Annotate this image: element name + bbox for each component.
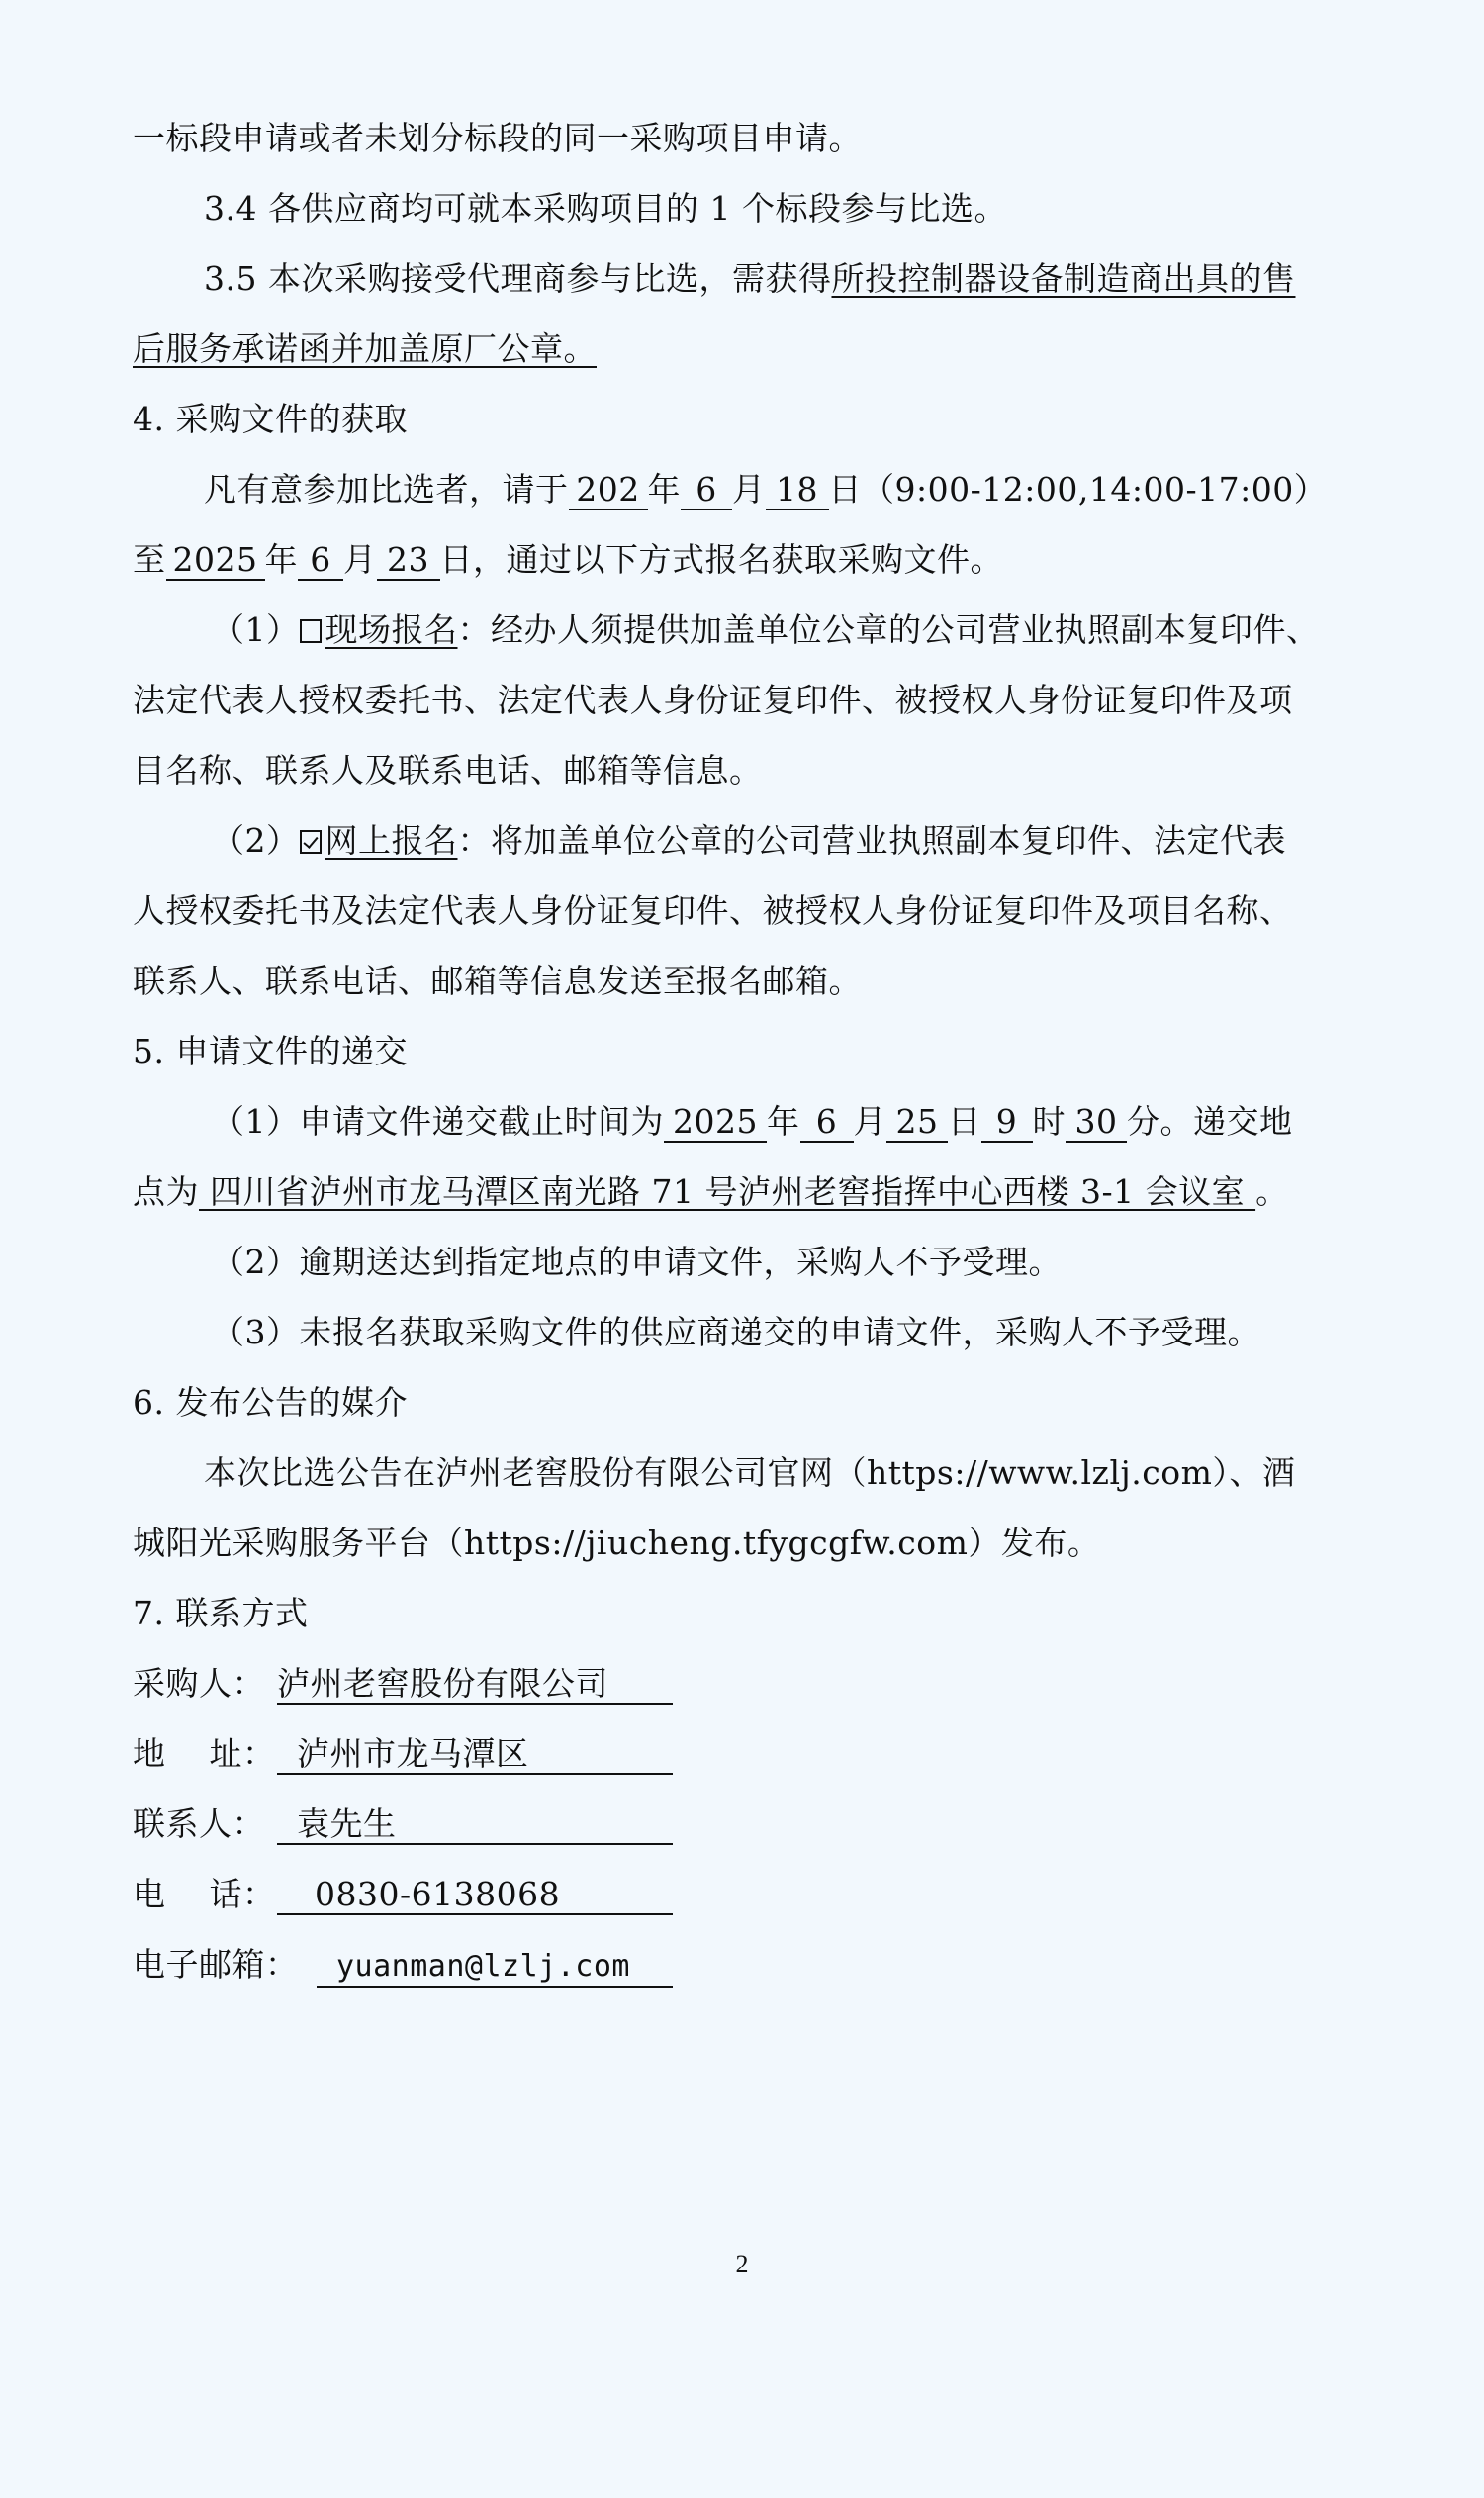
underlined-requirement: 后服务承诺函并加盖原厂公章。 bbox=[133, 329, 597, 368]
end-month-field: 6 bbox=[298, 541, 343, 581]
paragraph-line: 法定代表人授权委托书、法定代表人身份证复印件、被授权人身份证复印件及项 bbox=[133, 679, 1293, 722]
text: 时 bbox=[1033, 1102, 1067, 1141]
text: 月 bbox=[854, 1102, 887, 1141]
submission-address: 四川省泸州市龙马潭区南光路 71 号泸州老窖指挥中心西楼 3-1 会议室 bbox=[199, 1172, 1255, 1211]
email-label: 电子邮箱： bbox=[133, 1943, 317, 1987]
contact-phone: 电 话：0830-6138068 bbox=[133, 1873, 673, 1916]
online-registration-label: 网上报名 bbox=[325, 821, 458, 860]
page-number: 2 bbox=[736, 2250, 749, 2279]
text: 。 bbox=[1255, 1172, 1289, 1211]
text: （2）逾期送达到指定地点的申请文件，采购人不予受理。 bbox=[212, 1243, 1062, 1281]
text: 法定代表人授权委托书、法定代表人身份证复印件、被授权人身份证复印件及项 bbox=[133, 681, 1293, 719]
text: 月 bbox=[343, 540, 377, 579]
start-day-field: 18 bbox=[766, 471, 829, 510]
clause-3-5: 3.5 本次采购接受代理商参与比选，需获得所投控制器设备制造商出具的售 bbox=[204, 257, 1295, 301]
end-day-field: 23 bbox=[377, 541, 440, 581]
text: 分。递交地 bbox=[1127, 1102, 1293, 1141]
clause-3-5-continued: 后服务承诺函并加盖原厂公章。 bbox=[133, 327, 597, 371]
option-online-registration: （2）网上报名：将加盖单位公章的公司营业执照副本复印件、法定代表 bbox=[212, 819, 1286, 863]
section-heading-4: 4. 采购文件的获取 bbox=[133, 398, 408, 441]
contact-address: 地 址：泸州市龙马潭区 bbox=[133, 1732, 673, 1776]
submission-location-line: 点为 四川省泸州市龙马潭区南光路 71 号泸州老窖指挥中心西楼 3-1 会议室 … bbox=[133, 1170, 1289, 1214]
text: 3.4 各供应商均可就本采购项目的 1 个标段参与比选。 bbox=[204, 189, 1007, 228]
phone-label: 电 话： bbox=[133, 1873, 277, 1916]
unchecked-checkbox-icon bbox=[300, 619, 322, 643]
heading-text: 5. 申请文件的递交 bbox=[133, 1032, 408, 1070]
unregistered-submission-rule: （3）未报名获取采购文件的供应商递交的申请文件，采购人不予受理。 bbox=[212, 1311, 1260, 1354]
text: 年 bbox=[767, 1102, 800, 1141]
submission-deadline-line: （1）申请文件递交截止时间为2025年6月25日9时30分。递交地 bbox=[212, 1100, 1293, 1144]
text: （3）未报名获取采购文件的供应商递交的申请文件，采购人不予受理。 bbox=[212, 1313, 1260, 1351]
text: ：将加盖单位公章的公司营业执照副本复印件、法定代表 bbox=[458, 821, 1287, 860]
paragraph-line: 一标段申请或者未划分标段的同一采购项目申请。 bbox=[133, 117, 862, 160]
text: 本次比选公告在泸州老窖股份有限公司官网（https://www.lzlj.com… bbox=[204, 1453, 1295, 1492]
section-heading-6: 6. 发布公告的媒介 bbox=[133, 1381, 408, 1425]
late-submission-rule: （2）逾期送达到指定地点的申请文件，采购人不予受理。 bbox=[212, 1241, 1062, 1284]
contact-person: 联系人：袁先生 bbox=[133, 1803, 673, 1846]
email-value: yuanman@lzlj.com bbox=[317, 1948, 673, 1988]
deadline-month-field: 6 bbox=[800, 1103, 854, 1143]
text: 年 bbox=[265, 540, 299, 579]
onsite-registration-label: 现场报名 bbox=[325, 610, 458, 649]
start-year-field: 202 bbox=[569, 471, 648, 510]
text: （1） bbox=[212, 610, 300, 649]
paragraph-line: 联系人、联系电话、邮箱等信息发送至报名邮箱。 bbox=[133, 960, 862, 1003]
text: 日（9:00-12:00,14:00-17:00） bbox=[829, 470, 1328, 509]
start-month-field: 6 bbox=[681, 471, 732, 510]
text: ：经办人须提供加盖单位公章的公司营业执照副本复印件、 bbox=[458, 610, 1320, 649]
deadline-minute-field: 30 bbox=[1066, 1103, 1127, 1143]
section-heading-7: 7. 联系方式 bbox=[133, 1592, 308, 1635]
acquisition-period-line-2: 至2025年6月23日，通过以下方式报名获取采购文件。 bbox=[133, 538, 1003, 582]
paragraph-line: 目名称、联系人及联系电话、邮箱等信息。 bbox=[133, 749, 763, 792]
publication-media-line-1: 本次比选公告在泸州老窖股份有限公司官网（https://www.lzlj.com… bbox=[204, 1451, 1295, 1495]
text: 点为 bbox=[133, 1172, 199, 1211]
purchaser-value: 泸州老窖股份有限公司 bbox=[277, 1665, 673, 1705]
text: 凡有意参加比选者，请于 bbox=[204, 470, 569, 509]
deadline-year-field: 2025 bbox=[664, 1103, 767, 1143]
clause-3-4: 3.4 各供应商均可就本采购项目的 1 个标段参与比选。 bbox=[204, 187, 1007, 231]
heading-text: 7. 联系方式 bbox=[133, 1594, 308, 1632]
end-year-field: 2025 bbox=[166, 541, 265, 581]
contact-person-value: 袁先生 bbox=[277, 1805, 673, 1845]
text: 城阳光采购服务平台（https://jiucheng.tfygcgfw.com）… bbox=[133, 1524, 1100, 1562]
publication-media-line-2: 城阳光采购服务平台（https://jiucheng.tfygcgfw.com）… bbox=[133, 1522, 1100, 1565]
text: （2） bbox=[212, 821, 300, 860]
text: 3.5 本次采购接受代理商参与比选，需获得 bbox=[204, 259, 831, 298]
address-value: 泸州市龙马潭区 bbox=[277, 1735, 673, 1775]
text: 年 bbox=[648, 470, 682, 509]
purchaser-label: 采购人： bbox=[133, 1662, 277, 1706]
contact-purchaser: 采购人：泸州老窖股份有限公司 bbox=[133, 1662, 673, 1706]
paragraph-line: 人授权委托书及法定代表人身份证复印件、被授权人身份证复印件及项目名称、 bbox=[133, 889, 1293, 933]
text: 人授权委托书及法定代表人身份证复印件、被授权人身份证复印件及项目名称、 bbox=[133, 891, 1293, 930]
text: 日 bbox=[948, 1102, 981, 1141]
checked-checkbox-icon bbox=[300, 830, 322, 854]
deadline-hour-field: 9 bbox=[981, 1103, 1033, 1143]
text: 日，通过以下方式报名获取采购文件。 bbox=[440, 540, 1004, 579]
contact-email: 电子邮箱：yuanman@lzlj.com bbox=[133, 1943, 673, 1987]
section-heading-5: 5. 申请文件的递交 bbox=[133, 1030, 408, 1073]
acquisition-period-line-1: 凡有意参加比选者，请于202年6月18日（9:00-12:00,14:00-17… bbox=[204, 468, 1327, 511]
text: （1）申请文件递交截止时间为 bbox=[212, 1102, 664, 1141]
deadline-day-field: 25 bbox=[886, 1103, 948, 1143]
text: 联系人、联系电话、邮箱等信息发送至报名邮箱。 bbox=[133, 962, 862, 1000]
text: 月 bbox=[732, 470, 766, 509]
contact-person-label: 联系人： bbox=[133, 1803, 277, 1846]
heading-text: 4. 采购文件的获取 bbox=[133, 400, 408, 438]
text: 目名称、联系人及联系电话、邮箱等信息。 bbox=[133, 751, 763, 789]
option-onsite-registration: （1）现场报名：经办人须提供加盖单位公章的公司营业执照副本复印件、 bbox=[212, 608, 1320, 652]
address-label: 地 址： bbox=[133, 1732, 277, 1776]
phone-value: 0830-6138068 bbox=[277, 1876, 673, 1915]
text: 至 bbox=[133, 540, 166, 579]
text: 一标段申请或者未划分标段的同一采购项目申请。 bbox=[133, 119, 862, 157]
heading-text: 6. 发布公告的媒介 bbox=[133, 1383, 408, 1422]
underlined-requirement: 所投控制器设备制造商出具的售 bbox=[831, 259, 1295, 298]
